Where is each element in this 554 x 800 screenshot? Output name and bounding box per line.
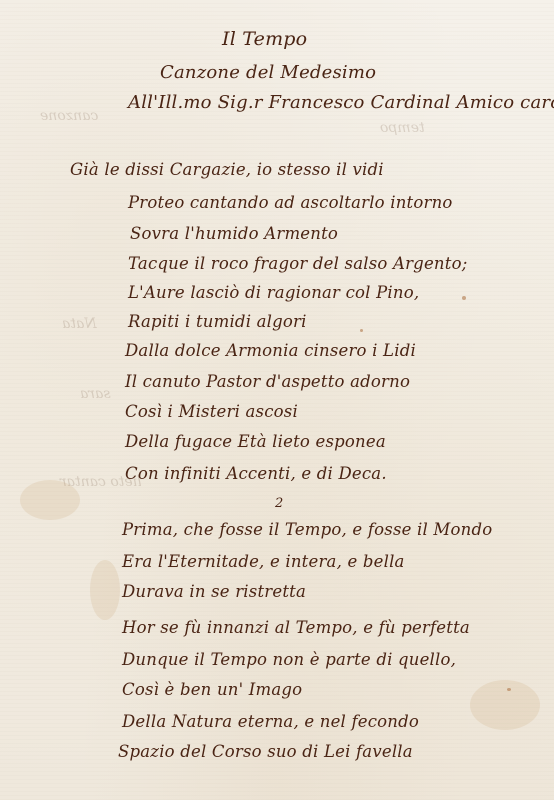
verse-line: Già le dissi Cargazie, io stesso il vidi xyxy=(70,160,384,179)
verse-line: Della Natura eterna, e nel fecondo xyxy=(122,712,419,731)
stanza-number: 2 xyxy=(275,496,283,511)
verse-line: Il canuto Pastor d'aspetto adorno xyxy=(125,372,410,391)
bleedthrough-text: tempo xyxy=(380,120,425,136)
ink-spot xyxy=(462,296,466,300)
verse-line: Tacque il roco fragor del salso Argento; xyxy=(128,254,467,273)
verse-line: L'Aure lasciò di ragionar col Pino, xyxy=(128,283,419,302)
poem-title: Il Tempo xyxy=(222,28,307,50)
paper-stain xyxy=(20,480,80,520)
poem-subtitle: Canzone del Medesimo xyxy=(160,62,376,83)
verse-line: Hor se fù innanzi al Tempo, e fù perfett… xyxy=(122,618,470,637)
verse-line: Proteo cantando ad ascoltarlo intorno xyxy=(128,193,453,212)
verse-line: Della fugace Età lieto esponea xyxy=(125,432,386,451)
verse-line: Spazio del Corso suo di Lei favella xyxy=(118,742,413,761)
paper-stain xyxy=(90,560,120,620)
verse-line: Così è ben un' Imago xyxy=(122,680,302,699)
ink-spot xyxy=(360,329,363,332)
verse-line: Sovra l'humido Armento xyxy=(130,224,338,243)
verse-line: Così i Misteri ascosi xyxy=(125,402,298,421)
verse-line: Con infiniti Accenti, e di Deca. xyxy=(125,464,387,483)
bleedthrough-text: sara xyxy=(80,386,111,402)
paper-stain xyxy=(470,680,540,730)
verse-line: Durava in se ristretta xyxy=(122,582,306,601)
verse-line: Prima, che fosse il Tempo, e fosse il Mo… xyxy=(122,520,492,539)
bleedthrough-text: Nata xyxy=(62,316,97,332)
verse-line: Rapiti i tumidi algori xyxy=(128,312,307,331)
verse-line: Dalla dolce Armonia cinsero i Lidi xyxy=(125,341,416,360)
poem-dedication: All'Ill.mo Sig.r Francesco Cardinal Amic… xyxy=(128,92,554,113)
verse-line: Dunque il Tempo non è parte di quello, xyxy=(122,650,456,669)
bleedthrough-text: canzone xyxy=(40,108,98,124)
ink-spot xyxy=(507,688,511,691)
verse-line: Era l'Eternitade, e intera, e bella xyxy=(122,552,405,571)
manuscript-page: canzone tempo Nata sara lieto cantar Il … xyxy=(0,0,554,800)
